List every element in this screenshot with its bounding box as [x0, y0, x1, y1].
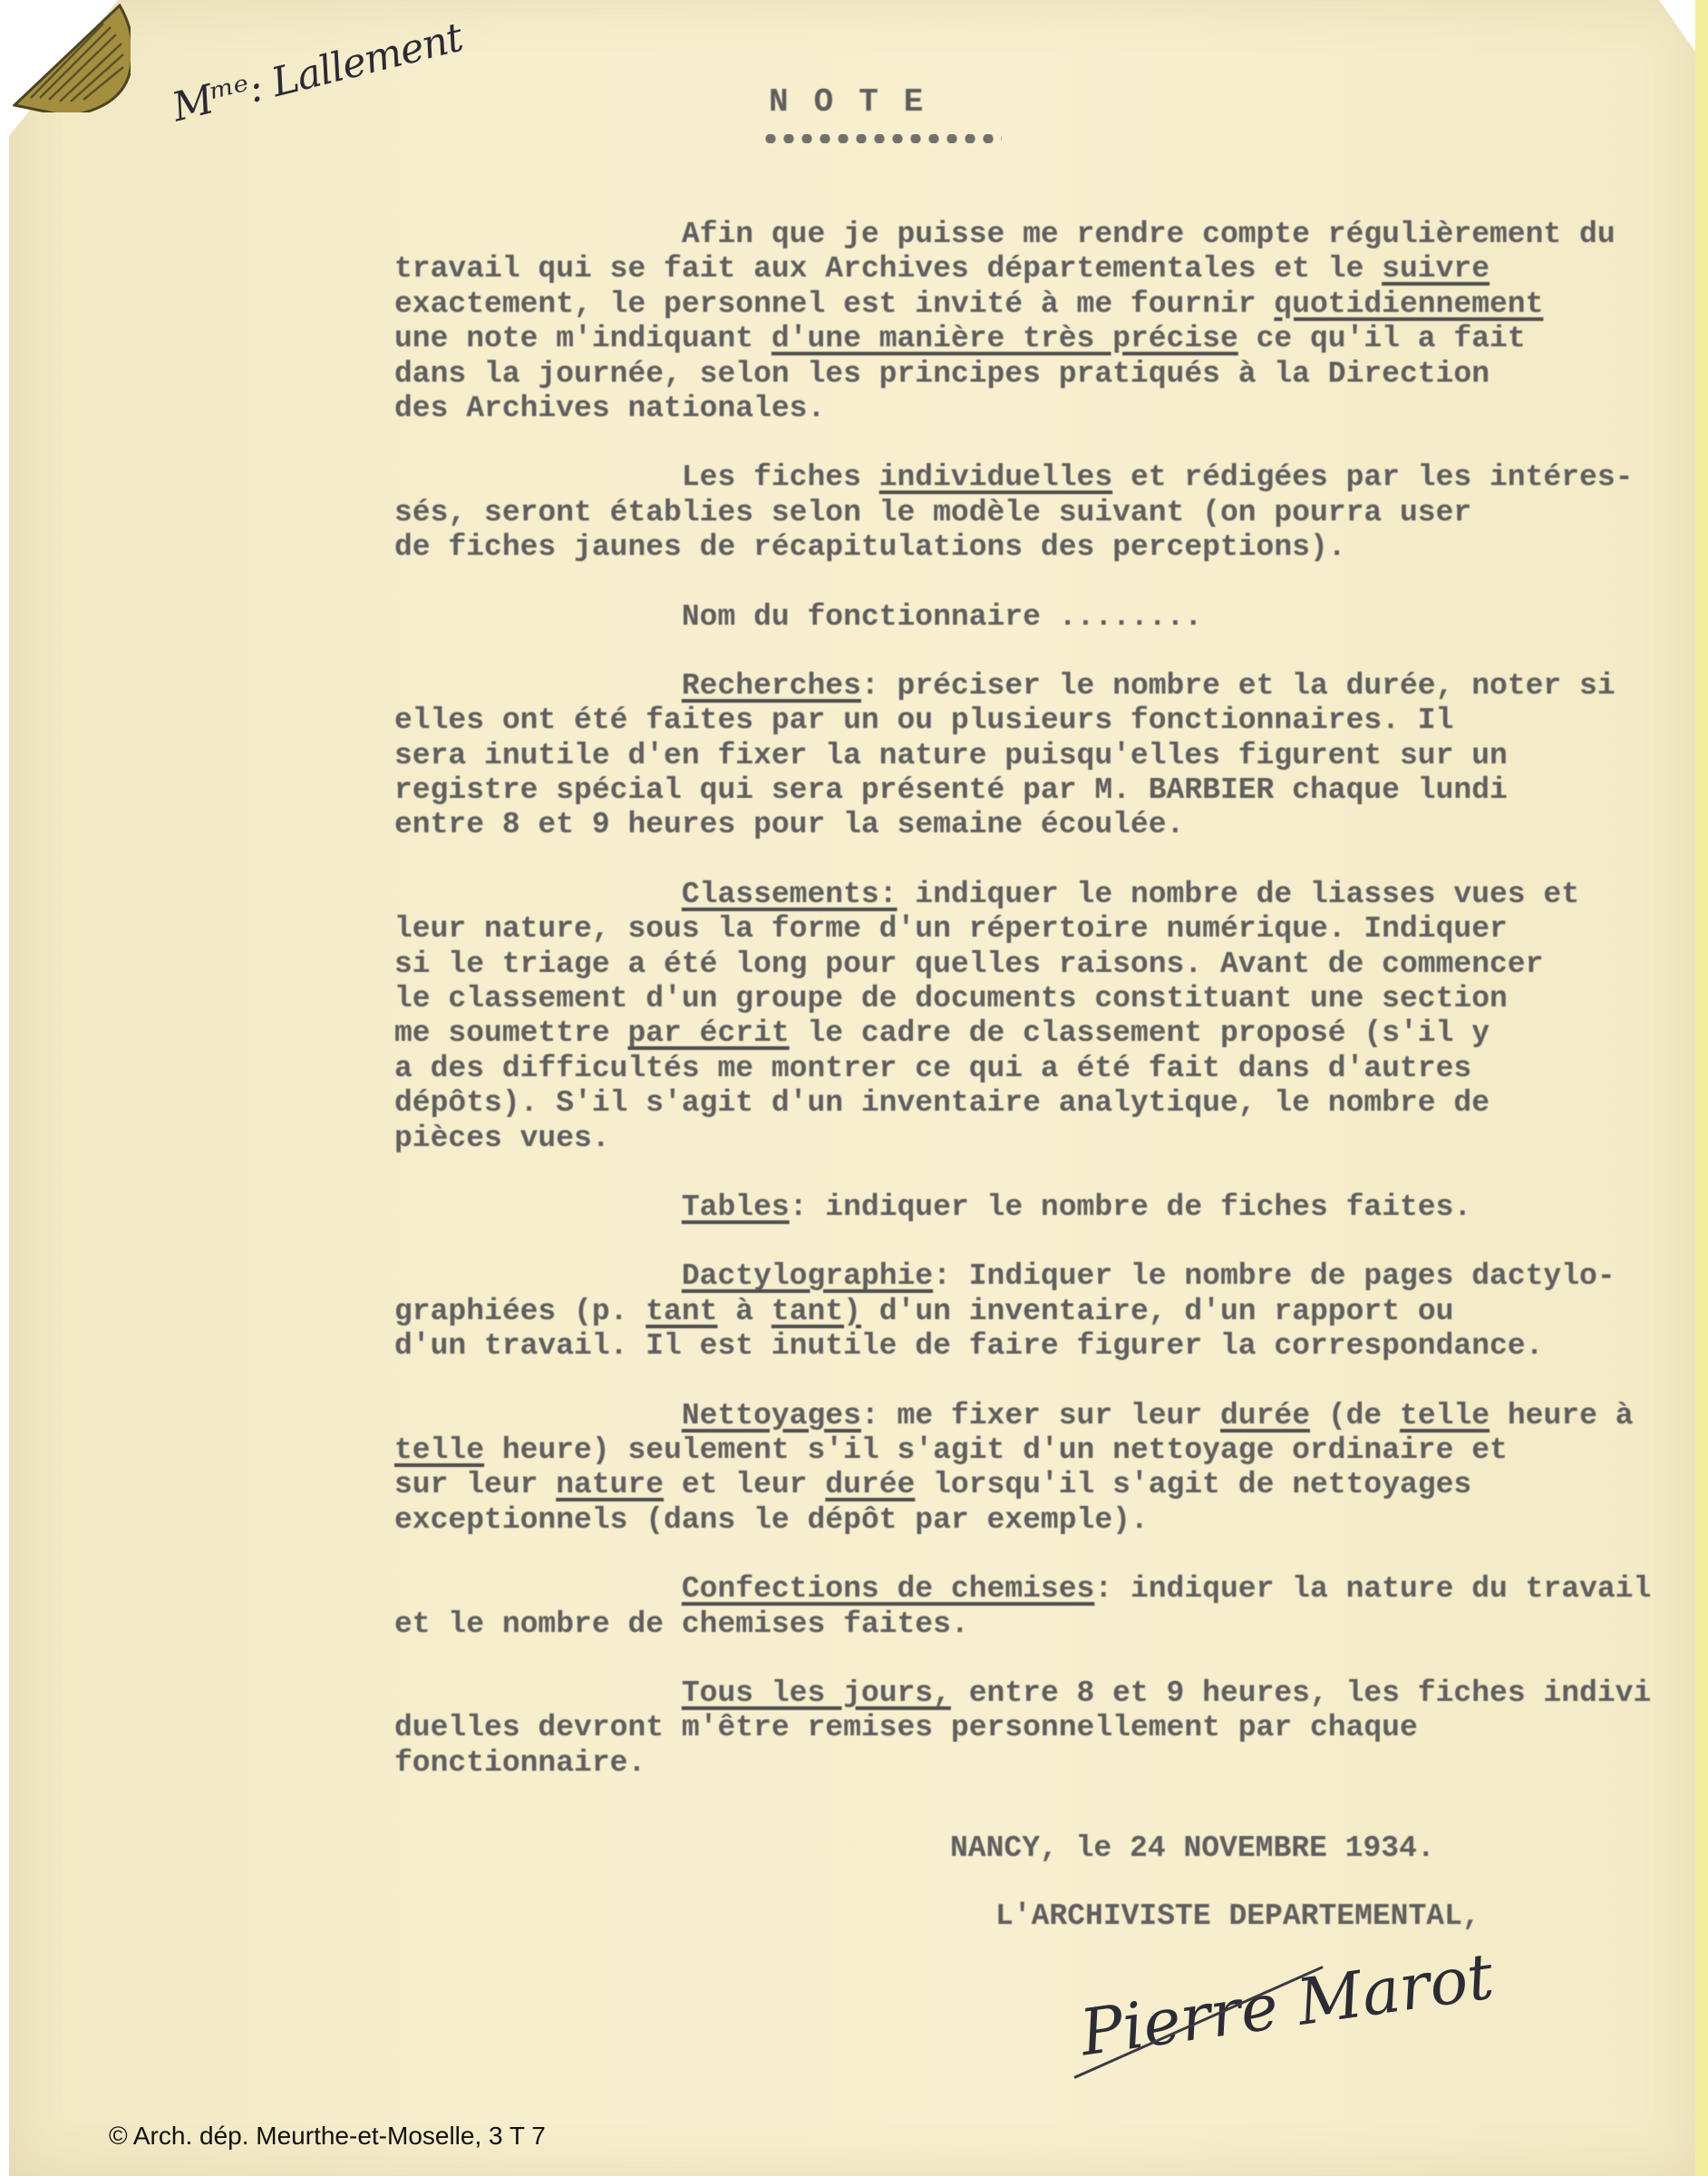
- underlined-text: Nettoyages: [682, 1399, 861, 1433]
- paragraph: Confections de chemises: indiquer la nat…: [394, 1572, 1700, 1642]
- underlined-text: d'une manière très précise: [772, 322, 1238, 355]
- text-line: sés, seront établies selon le modèle sui…: [394, 496, 1700, 530]
- text-line: fonctionnaire.: [394, 1746, 1700, 1781]
- underlined-text: durée: [1220, 1399, 1310, 1433]
- text-line: si le triage a été long pour quelles rai…: [394, 947, 1700, 982]
- text-segment: : indiquer le nombre de fiches faites.: [790, 1190, 1472, 1224]
- text-segment: [394, 878, 682, 911]
- text-line: telle heure) seulement s'il s'agit d'un …: [394, 1433, 1700, 1468]
- text-segment: entre 8 et 9 heures pour la semaine écou…: [394, 808, 1184, 841]
- underlined-text: suivre: [1382, 252, 1490, 286]
- text-line: de fiches jaunes de récapitulations des …: [394, 530, 1700, 565]
- text-line: sera inutile d'en fixer la nature puisqu…: [394, 739, 1700, 773]
- text-segment: une note m'indiquant: [394, 322, 772, 355]
- text-segment: [394, 1676, 682, 1710]
- text-segment: : indiquer la nature du travail: [1094, 1572, 1651, 1606]
- text-segment: Nom du fonctionnaire ........: [394, 600, 1202, 634]
- text-segment: Afin que je puisse me rendre compte régu…: [394, 218, 1616, 251]
- text-segment: et leur: [664, 1468, 825, 1501]
- paragraph: Recherches: préciser le nombre et la dur…: [394, 669, 1700, 843]
- text-line: entre 8 et 9 heures pour la semaine écou…: [394, 808, 1700, 842]
- text-line: le classement d'un groupe de documents c…: [394, 982, 1700, 1016]
- text-line: dans la journée, selon les principes pra…: [394, 357, 1700, 392]
- underlined-text: tant): [772, 1295, 861, 1328]
- text-line: Nettoyages: me fixer sur leur durée (de …: [394, 1399, 1700, 1433]
- text-segment: exceptionnels (dans le dépôt par exemple…: [394, 1503, 1149, 1537]
- title-underline-divider: [762, 134, 1002, 143]
- text-segment: registre spécial qui sera présenté par M…: [394, 773, 1508, 807]
- text-segment: elles ont été faites par un ou plusieurs…: [394, 704, 1453, 737]
- text-segment: de fiches jaunes de récapitulations des …: [394, 530, 1346, 564]
- paragraph: Nettoyages: me fixer sur leur durée (de …: [394, 1399, 1700, 1539]
- paragraph: Nom du fonctionnaire ........: [394, 600, 1700, 635]
- underlined-text: telle: [394, 1433, 484, 1467]
- underlined-text: durée: [825, 1468, 915, 1501]
- text-segment: Les fiches: [394, 461, 879, 494]
- paragraph: Tables: indiquer le nombre de fiches fai…: [394, 1190, 1700, 1225]
- place-date: NANCY, le 24 NOVEMBRE 1934.: [950, 1831, 1435, 1865]
- text-segment: leur nature, sous la forme d'un répertoi…: [394, 912, 1508, 946]
- underlined-text: Tables: [682, 1190, 790, 1224]
- text-line: exactement, le personnel est invité à me…: [394, 287, 1700, 322]
- paragraph: Classements: indiquer le nombre de liass…: [394, 878, 1700, 1156]
- text-segment: dans la journée, selon les principes pra…: [394, 357, 1490, 391]
- text-line: Dactylographie: Indiquer le nombre de pa…: [394, 1259, 1700, 1294]
- text-line: graphiées (p. tant à tant) d'un inventai…: [394, 1295, 1700, 1329]
- paragraph: Les fiches individuelles et rédigées par…: [394, 461, 1700, 565]
- text-line: une note m'indiquant d'une manière très …: [394, 322, 1700, 356]
- underlined-text: Tous les jours,: [682, 1676, 951, 1710]
- text-segment: le classement d'un groupe de documents c…: [394, 982, 1508, 1015]
- text-segment: si le triage a été long pour quelles rai…: [394, 947, 1543, 981]
- text-segment: et rédigées par les intéres-: [1112, 461, 1633, 494]
- text-line: des Archives nationales.: [394, 392, 1700, 426]
- text-line: et le nombre de chemises faites.: [394, 1608, 1700, 1642]
- text-line: pièces vues.: [394, 1122, 1700, 1156]
- text-line: registre spécial qui sera présenté par M…: [394, 773, 1700, 808]
- text-segment: d'un inventaire, d'un rapport ou: [861, 1295, 1454, 1328]
- text-segment: : me fixer sur leur: [861, 1399, 1220, 1433]
- copyright-notice: © Arch. dép. Meurthe-et-Moselle, 3 T 7: [109, 2122, 546, 2151]
- text-line: Recherches: préciser le nombre et la dur…: [394, 669, 1700, 704]
- text-segment: : Indiquer le nombre de pages dactylo-: [933, 1259, 1616, 1293]
- text-segment: dépôts). S'il s'agit d'un inventaire ana…: [394, 1086, 1490, 1120]
- text-line: leur nature, sous la forme d'un répertoi…: [394, 912, 1700, 947]
- text-segment: et le nombre de chemises faites.: [394, 1608, 969, 1641]
- text-segment: [394, 1190, 682, 1224]
- paper-clip-icon: [13, 4, 131, 112]
- text-segment: sés, seront établies selon le modèle sui…: [394, 496, 1471, 529]
- text-segment: : préciser le nombre et la durée, noter …: [861, 669, 1616, 703]
- text-line: Les fiches individuelles et rédigées par…: [394, 461, 1700, 495]
- text-segment: duelles devront m'être remises personnel…: [394, 1711, 1418, 1744]
- underlined-text: quotidiennement: [1274, 287, 1543, 321]
- text-segment: heure) seulement s'il s'agit d'un nettoy…: [484, 1433, 1508, 1467]
- underlined-text: individuelles: [879, 461, 1112, 494]
- text-line: Nom du fonctionnaire ........: [394, 600, 1700, 635]
- text-segment: exactement, le personnel est invité à me…: [394, 287, 1274, 321]
- paragraph: Afin que je puisse me rendre compte régu…: [394, 218, 1700, 426]
- document-title: NOTE: [769, 83, 948, 121]
- text-line: dépôts). S'il s'agit d'un inventaire ana…: [394, 1086, 1700, 1121]
- underlined-text: Confections de chemises: [682, 1572, 1094, 1606]
- text-segment: lorsqu'il s'agit de nettoyages: [915, 1468, 1471, 1501]
- underlined-text: telle: [1400, 1399, 1490, 1433]
- text-segment: des Archives nationales.: [394, 392, 825, 425]
- text-segment: me soumettre: [394, 1016, 627, 1050]
- text-line: Classements: indiquer le nombre de liass…: [394, 878, 1700, 912]
- text-line: Tables: indiquer le nombre de fiches fai…: [394, 1190, 1700, 1225]
- text-line: me soumettre par écrit le cadre de class…: [394, 1016, 1700, 1051]
- document-body: Afin que je puisse me rendre compte régu…: [394, 218, 1700, 1781]
- text-line: Afin que je puisse me rendre compte régu…: [394, 218, 1700, 252]
- text-segment: à: [717, 1295, 771, 1328]
- text-segment: indiquer le nombre de liasses vues et: [898, 878, 1580, 911]
- text-line: sur leur nature et leur durée lorsqu'il …: [394, 1468, 1700, 1502]
- text-line: a des difficultés me montrer ce qui a ét…: [394, 1052, 1700, 1086]
- paragraph: Dactylographie: Indiquer le nombre de pa…: [394, 1259, 1700, 1364]
- text-segment: graphiées (p.: [394, 1295, 645, 1328]
- text-segment: sera inutile d'en fixer la nature puisqu…: [394, 739, 1508, 772]
- text-line: duelles devront m'être remises personnel…: [394, 1711, 1700, 1745]
- text-segment: travail qui se fait aux Archives départe…: [394, 252, 1382, 286]
- text-segment: a des difficultés me montrer ce qui a ét…: [394, 1052, 1471, 1085]
- text-segment: ce qu'il a fait: [1238, 322, 1526, 355]
- text-segment: d'un travail. Il est inutile de faire fi…: [394, 1329, 1543, 1363]
- text-segment: [394, 1259, 682, 1293]
- underlined-text: nature: [556, 1468, 664, 1501]
- text-segment: (de: [1310, 1399, 1400, 1433]
- text-line: travail qui se fait aux Archives départe…: [394, 252, 1700, 287]
- paragraph: Tous les jours, entre 8 et 9 heures, les…: [394, 1676, 1700, 1781]
- signatory-title: L'ARCHIVISTE DEPARTEMENTAL,: [995, 1899, 1480, 1933]
- underlined-text: Classements:: [682, 878, 898, 911]
- text-segment: entre 8 et 9 heures, les fiches indivi: [951, 1676, 1651, 1710]
- text-line: elles ont été faites par un ou plusieurs…: [394, 704, 1700, 738]
- underlined-text: tant: [645, 1295, 717, 1328]
- text-segment: [394, 669, 682, 703]
- underlined-text: Dactylographie: [682, 1259, 933, 1293]
- underlined-text: par écrit: [627, 1016, 789, 1050]
- text-segment: [394, 1399, 682, 1433]
- text-segment: sur leur: [394, 1468, 556, 1501]
- text-line: exceptionnels (dans le dépôt par exemple…: [394, 1503, 1700, 1538]
- text-segment: le cadre de classement proposé (s'il y: [790, 1016, 1490, 1050]
- text-segment: fonctionnaire.: [394, 1746, 645, 1780]
- text-line: Tous les jours, entre 8 et 9 heures, les…: [394, 1676, 1700, 1711]
- text-segment: heure à: [1490, 1399, 1633, 1433]
- text-line: Confections de chemises: indiquer la nat…: [394, 1572, 1700, 1607]
- text-line: d'un travail. Il est inutile de faire fi…: [394, 1329, 1700, 1364]
- text-segment: [394, 1572, 682, 1606]
- underlined-text: Recherches: [682, 669, 861, 703]
- text-segment: pièces vues.: [394, 1122, 610, 1155]
